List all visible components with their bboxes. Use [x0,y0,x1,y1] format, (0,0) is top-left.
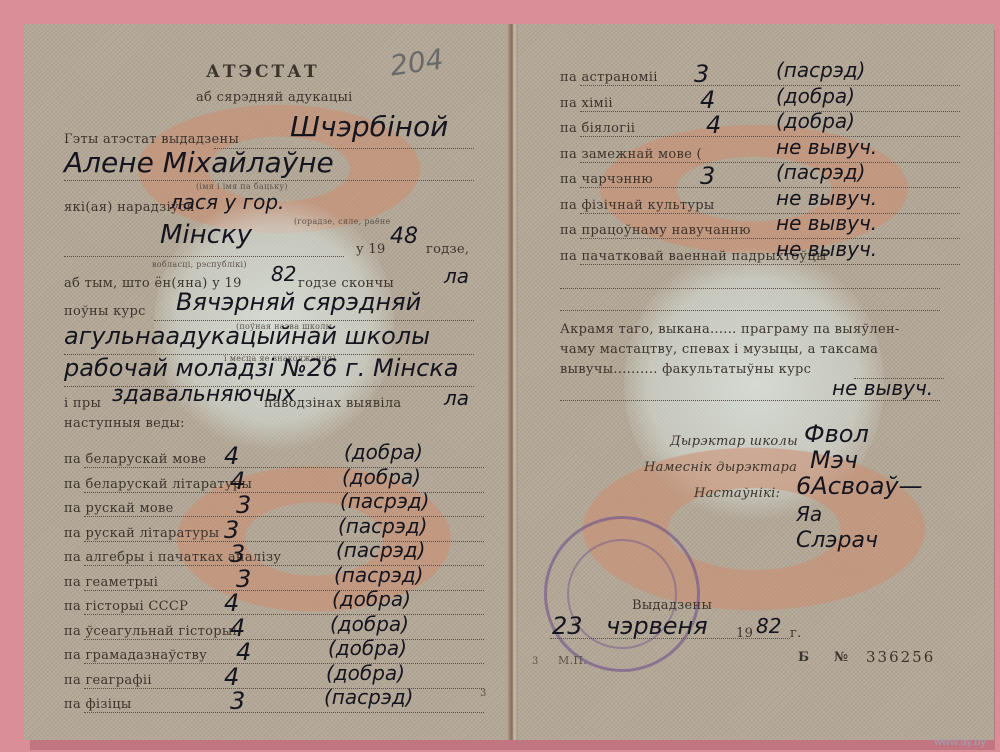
school-seal-stamp [544,516,700,672]
extra-text-3: вывучы.......... факультатыўны курс [560,362,811,377]
document-subtitle: аб сярэдняй адукацыі [196,90,353,105]
grade-word: (добра) [328,636,407,660]
grade-number: 4 [700,86,715,114]
extra-text-1: Акрамя таго, выкана...... праграму па вы… [560,322,900,337]
teachers-label: Настаўнікі: [694,486,780,501]
grade-word: (пасрэд) [336,538,425,562]
subject-label: па біялогіі [560,121,635,136]
director-label: Дырэктар школы [670,434,798,449]
subject-label: па рускай мове [64,501,174,516]
subject-label: па працоўнаму навучанню [560,223,751,238]
grade-word: (добра) [342,465,421,489]
year-abbr: г. [790,626,802,641]
document-title: АТЭСТАТ [206,62,320,82]
name-patronymic: Алене Міхайлаўне [64,146,334,179]
subject-label: па гісторыі СССР [64,599,188,614]
grade-number: 4 [706,111,721,139]
subject-label: па беларускай мове [64,452,206,467]
behaviour-ending: ла [444,386,469,410]
watermark: www.ay.by [934,736,986,748]
seal-label: М.П. [558,654,587,667]
school-line-3: рабочай моладзі №26 г. Мінска [64,354,459,382]
teacher-signature-1: 6Асвоаў— [796,472,923,500]
number-sign: № [834,650,848,665]
issued-to-label: Гэты атэстат выдадзены [64,132,239,147]
grade-word: (пасрэд) [776,160,865,184]
subject-label: па геаграфіі [64,673,152,688]
surname: Шчэрбіной [290,110,448,143]
left-page: 204 АТЭСТАТ аб сярэдняй адукацыі Гэты ат… [24,24,512,740]
grade-word: не вывуч. [776,186,877,210]
region-caption: вобласці, рэспублікі) [152,260,247,269]
school-line-1: Вячэрняй сярэдняй [176,288,421,316]
subject-label: па алгебры і пачатках аналізу [64,550,281,565]
grade-word: (добра) [776,84,855,108]
pencil-number: 204 [388,42,446,82]
born-handwritten: лася у гор. [170,190,284,214]
knowledge-label: наступныя веды: [64,416,185,431]
grade-word: не вывуч. [776,135,877,159]
subject-label: па замежнай мове ( [560,147,702,162]
grade-word: (пасрэд) [338,514,427,538]
grade-number: 3 [700,162,715,190]
subject-label: па хіміі [560,96,613,111]
place-caption: (горадзе, сяле, раёне [294,217,391,226]
deputy-signature: Мэч [810,446,858,474]
birth-year: 48 [390,224,418,249]
grade-word: (пасрэд) [776,58,865,82]
subject-label: па грамадазнаўству [64,648,207,663]
issue-year-prefix: 19 [736,626,753,641]
extra-text-2: чаму мастацтву, спевах і музыцы, а такса… [560,342,878,357]
teacher-signature-2: Яа [796,502,822,526]
behaviour-label-1: і пры [64,396,101,411]
teacher-signature-3: Слэрач [796,528,878,553]
course-label: поўны курс [64,304,146,319]
subject-label: па чарчэнню [560,172,653,187]
extra-handwritten: не вывуч. [832,376,933,400]
series: Б [798,650,809,665]
grade-number: 3 [230,687,245,715]
issued-label: Выдадзены [632,598,712,613]
grade-word: (добра) [776,109,855,133]
grade-word: (пасрэд) [334,563,423,587]
school-line-2: агульнаадукацыйнай школы [64,322,430,350]
certificate-number: 336256 [866,648,935,666]
deputy-label: Намеснік дырэктара [644,460,797,475]
birth-place: Мінску [160,220,252,250]
finish-year: 82 [271,262,296,286]
issue-day: 23 [552,612,583,640]
director-signature: Фвол [804,420,869,448]
subject-label: па ўсеагульнай гісторыі [64,624,237,639]
subject-label: па фізічнай культуры [560,198,715,213]
subject-label: па астраноміі [560,70,658,85]
finished-ending: ла [444,264,469,288]
grade-word: (добра) [326,661,405,685]
grade-word: (добра) [344,440,423,464]
right-page: па астраноміі3(пасрэд)па хіміі4(добра)па… [514,24,994,740]
page-number: 3 [480,688,487,699]
grade-word: (пасрэд) [340,489,429,513]
subject-label: па геаметрыі [64,575,158,590]
grade-word: не вывуч. [776,237,877,261]
behaviour-label-2: паводзінах выявіла [264,396,401,411]
issue-year: 82 [756,614,781,638]
year-word: годзе, [426,242,469,257]
page-marker: 3 [532,656,539,667]
grade-word: не вывуч. [776,211,877,235]
grade-word: (добра) [332,587,411,611]
birth-year-prefix: у 19 [356,242,386,257]
subject-label: па рускай літаратуры [64,526,219,541]
subject-label: па беларускай літаратуры [64,477,252,492]
grade-word: (добра) [330,612,409,636]
subject-label: па фізіцы [64,697,132,712]
certificate-spread: 204 АТЭСТАТ аб сярэдняй адукацыі Гэты ат… [24,24,994,740]
issue-month: чэрвеня [606,612,708,640]
grade-number: 3 [694,60,709,88]
grade-word: (пасрэд) [324,685,413,709]
